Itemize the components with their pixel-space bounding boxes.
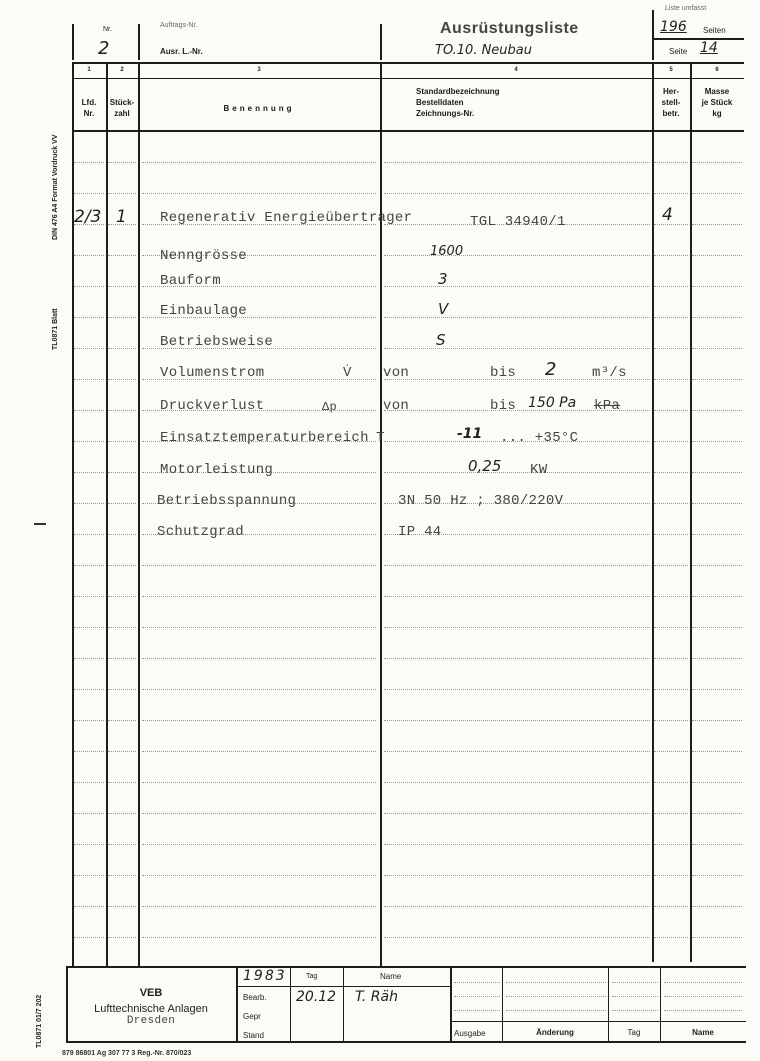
- col5-header-line: stell-: [652, 97, 690, 108]
- rule: [380, 62, 382, 968]
- dotted-line: [454, 996, 500, 997]
- dotted-line: [142, 193, 376, 194]
- spec-label-betriebsspannung: Betriebsspannung: [157, 493, 296, 509]
- dotted-line: [654, 379, 688, 380]
- dotted-line: [142, 875, 376, 876]
- spec-value-betriebsspannung: 3N 50 Hz ; 380/220V: [398, 493, 563, 509]
- col6-header-line: kg: [690, 108, 744, 119]
- spec-value-volumenstrom: 2: [545, 359, 556, 380]
- dotted-line: [692, 534, 742, 535]
- spec-label-motorleistung: Motorleistung: [160, 462, 273, 478]
- dotted-line: [612, 1010, 658, 1011]
- dotted-line: [654, 534, 688, 535]
- spec-value-bauform: 3: [438, 270, 448, 288]
- dotted-line: [692, 937, 742, 938]
- col1-header-line: Lfd.: [72, 97, 106, 108]
- dotted-line: [692, 193, 742, 194]
- fold-mark: [34, 523, 46, 525]
- dotted-line: [692, 751, 742, 752]
- dotted-line: [384, 844, 650, 845]
- dotted-line: [74, 503, 104, 504]
- col3-header: Benennung: [138, 103, 380, 114]
- dotted-line: [108, 844, 136, 845]
- dotted-line: [664, 996, 742, 997]
- project-name: TO.10. Neubau: [435, 43, 532, 58]
- dotted-line: [142, 596, 376, 597]
- dotted-line: [384, 286, 650, 287]
- dotted-line: [654, 720, 688, 721]
- dotted-line: [654, 565, 688, 566]
- dotted-line: [654, 503, 688, 504]
- spec-value-schutzgrad: IP 44: [398, 524, 442, 540]
- dotted-line: [142, 906, 376, 907]
- dotted-line: [74, 813, 104, 814]
- dotted-line: [74, 255, 104, 256]
- dotted-line: [692, 720, 742, 721]
- rule: [66, 1041, 746, 1043]
- dotted-line: [108, 751, 136, 752]
- dotted-line: [108, 565, 136, 566]
- col1-header: Lfd. Nr.: [72, 97, 106, 119]
- dotted-line: [692, 596, 742, 597]
- footer-gepr-label: Gepr: [243, 1012, 261, 1021]
- nr-value: 2: [98, 38, 109, 59]
- footer-stand-label: Stand: [243, 1031, 264, 1040]
- entry-herstellbetrieb: 4: [662, 205, 673, 225]
- company-name: Lufttechnische Anlagen: [66, 1003, 236, 1015]
- dotted-line: [692, 565, 742, 566]
- dotted-line: [74, 689, 104, 690]
- dotted-line: [142, 720, 376, 721]
- margin-code-2: DIN 476 A4 Format Vordruck VV: [52, 135, 59, 240]
- col6-header-line: je Stück: [690, 97, 744, 108]
- spec-unit-motorleistung: KW: [530, 462, 547, 478]
- dotted-line: [384, 472, 650, 473]
- rule: [652, 10, 654, 60]
- dotted-line: [108, 162, 136, 163]
- rule: [236, 966, 238, 1043]
- spec-von-volumenstrom: von: [383, 365, 409, 381]
- dotted-line: [108, 875, 136, 876]
- dotted-line: [692, 689, 742, 690]
- col4-header-line: Bestelldaten: [416, 97, 500, 108]
- col5-header-line: Her-: [652, 86, 690, 97]
- spec-value-betriebsweise: S: [436, 331, 446, 349]
- rule: [652, 38, 744, 40]
- dotted-line: [74, 317, 104, 318]
- dotted-line: [654, 193, 688, 194]
- dotted-line: [692, 317, 742, 318]
- dotted-line: [384, 193, 650, 194]
- auftrags-label: Auftrags-Nr.: [160, 22, 197, 29]
- col5-header-line: betr.: [652, 108, 690, 119]
- footer-tag2-label: Tag: [608, 1028, 660, 1037]
- spec-symbol-volumenstrom: V̇: [343, 365, 352, 381]
- spec-bis-volumenstrom: bis: [490, 365, 516, 381]
- col4-header-line: Zeichnungs-Nr.: [416, 108, 500, 119]
- dotted-line: [692, 348, 742, 349]
- dotted-line: [692, 906, 742, 907]
- dotted-line: [664, 1010, 742, 1011]
- dotted-line: [74, 441, 104, 442]
- dotted-line: [108, 658, 136, 659]
- dotted-line: [654, 596, 688, 597]
- document-title: Ausrüstungsliste: [440, 20, 579, 38]
- spec-value-temperatur: -11: [457, 426, 482, 442]
- dotted-line: [74, 534, 104, 535]
- col4-header: Standardbezeichnung Bestelldaten Zeichnu…: [416, 86, 500, 119]
- spec-label-bauform: Bauform: [160, 273, 221, 289]
- dotted-line: [108, 534, 136, 535]
- dotted-line: [692, 782, 742, 783]
- dotted-line: [654, 441, 688, 442]
- rule: [106, 62, 108, 968]
- dotted-line: [654, 844, 688, 845]
- dotted-line: [654, 627, 688, 628]
- total-label: Liste umfasst: [665, 5, 706, 12]
- dotted-line: [108, 317, 136, 318]
- spec-label-druckverlust: Druckverlust: [160, 398, 264, 414]
- dotted-line: [384, 782, 650, 783]
- dotted-line: [654, 286, 688, 287]
- rule: [72, 78, 744, 79]
- dotted-line: [654, 410, 688, 411]
- dotted-line: [692, 379, 742, 380]
- dotted-line: [506, 982, 606, 983]
- footer-name-label: Name: [380, 972, 401, 981]
- dotted-line: [108, 937, 136, 938]
- dotted-line: [108, 441, 136, 442]
- spec-von-druckverlust: von: [383, 398, 409, 414]
- spec-value-nenngroesse: 1600: [430, 244, 463, 259]
- col-num-1: 1: [72, 67, 106, 73]
- dotted-line: [142, 782, 376, 783]
- dotted-line: [74, 627, 104, 628]
- dotted-line: [74, 472, 104, 473]
- rule: [138, 62, 140, 968]
- rule: [66, 966, 746, 968]
- col-num-3: 3: [138, 67, 380, 73]
- col-num-4: 4: [380, 67, 652, 73]
- spec-label-betriebsweise: Betriebsweise: [160, 334, 273, 350]
- dotted-line: [108, 472, 136, 473]
- dotted-line: [692, 224, 742, 225]
- dotted-line: [654, 162, 688, 163]
- company-veb: VEB: [66, 987, 236, 999]
- dotted-line: [384, 813, 650, 814]
- total-pages-unit: Seiten: [703, 26, 726, 35]
- dotted-line: [384, 689, 650, 690]
- dotted-line: [384, 596, 650, 597]
- dotted-line: [74, 193, 104, 194]
- col2-header-line: zahl: [106, 108, 138, 119]
- entry-standard: TGL 34940/1: [470, 214, 566, 230]
- dotted-line: [692, 658, 742, 659]
- dotted-line: [692, 410, 742, 411]
- dotted-line: [142, 844, 376, 845]
- dotted-line: [74, 782, 104, 783]
- dotted-line: [692, 813, 742, 814]
- dotted-line: [108, 286, 136, 287]
- dotted-line: [692, 627, 742, 628]
- auftrags-sub-label: Ausr. L.-Nr.: [160, 47, 203, 56]
- rule: [343, 966, 344, 1043]
- dotted-line: [108, 782, 136, 783]
- page-number: 14: [700, 40, 718, 56]
- dotted-line: [384, 658, 650, 659]
- dotted-line: [654, 689, 688, 690]
- dotted-line: [74, 875, 104, 876]
- dotted-line: [654, 255, 688, 256]
- col5-header: Her- stell- betr.: [652, 86, 690, 119]
- dotted-line: [692, 162, 742, 163]
- footer-aenderung-label: Änderung: [502, 1028, 608, 1037]
- dotted-line: [142, 813, 376, 814]
- col-num-5: 5: [652, 67, 690, 73]
- dotted-line: [654, 348, 688, 349]
- dotted-line: [654, 875, 688, 876]
- spec-label-nenngroesse: Nenngrösse: [160, 248, 247, 264]
- rule: [450, 1021, 746, 1022]
- footer-year: 1983: [243, 968, 287, 984]
- spec-symbol-druckverlust: Δp: [322, 400, 337, 414]
- dotted-line: [654, 472, 688, 473]
- dotted-line: [74, 658, 104, 659]
- dotted-line: [74, 410, 104, 411]
- footer-ausgabe-label: Ausgabe: [454, 1029, 486, 1038]
- dotted-line: [654, 937, 688, 938]
- rule: [72, 24, 74, 60]
- col6-header-line: Masse: [690, 86, 744, 97]
- entry-lfd-nr: 2/3: [74, 207, 101, 227]
- footer-bearb-name: T. Räh: [355, 989, 398, 1005]
- margin-code-bottom: TL0871 01/7 202: [36, 995, 43, 1048]
- rule: [380, 24, 382, 60]
- page-label: Seite: [669, 47, 687, 56]
- dotted-line: [108, 193, 136, 194]
- dotted-line: [108, 813, 136, 814]
- col-num-6: 6: [690, 67, 744, 73]
- dotted-line: [108, 379, 136, 380]
- dotted-line: [654, 658, 688, 659]
- dotted-line: [384, 751, 650, 752]
- col2-header: Stück- zahl: [106, 97, 138, 119]
- rule: [236, 986, 450, 987]
- dotted-line: [74, 844, 104, 845]
- dotted-line: [654, 751, 688, 752]
- rule: [450, 966, 452, 1043]
- dotted-line: [74, 286, 104, 287]
- spec-range-temperatur: ... +35°C: [500, 430, 578, 446]
- spec-bis-druckverlust: bis: [490, 398, 516, 414]
- dotted-line: [692, 441, 742, 442]
- dotted-line: [654, 782, 688, 783]
- dotted-line: [506, 1010, 606, 1011]
- dotted-line: [74, 348, 104, 349]
- dotted-line: [384, 317, 650, 318]
- dotted-line: [108, 689, 136, 690]
- dotted-line: [692, 472, 742, 473]
- dotted-line: [612, 982, 658, 983]
- margin-code-1: TL0871 Blatt: [52, 308, 59, 350]
- dotted-line: [74, 720, 104, 721]
- dotted-line: [384, 627, 650, 628]
- dotted-line: [142, 162, 376, 163]
- col1-header-line: Nr.: [72, 108, 106, 119]
- spec-value-einbaulage: V: [438, 300, 448, 318]
- dotted-line: [74, 162, 104, 163]
- dotted-line: [454, 982, 500, 983]
- dotted-line: [108, 410, 136, 411]
- dotted-line: [142, 627, 376, 628]
- dotted-line: [108, 503, 136, 504]
- rule: [138, 24, 140, 60]
- dotted-line: [692, 286, 742, 287]
- dotted-line: [74, 379, 104, 380]
- dotted-line: [74, 596, 104, 597]
- dotted-line: [142, 751, 376, 752]
- footer-bearb-tag: 20.12: [296, 989, 336, 1005]
- dotted-line: [654, 317, 688, 318]
- dotted-line: [74, 906, 104, 907]
- rule: [690, 62, 692, 962]
- dotted-line: [692, 503, 742, 504]
- spec-unit-volumenstrom: m³/s: [592, 365, 627, 381]
- dotted-line: [142, 689, 376, 690]
- spec-label-volumenstrom: Volumenstrom: [160, 365, 264, 381]
- dotted-line: [108, 627, 136, 628]
- spec-value-motorleistung: 0,25: [468, 457, 501, 475]
- dotted-line: [506, 996, 606, 997]
- rule: [290, 966, 291, 1043]
- spec-value-druckverlust: 150 Pa: [528, 395, 576, 411]
- spec-label-einbaulage: Einbaulage: [160, 303, 247, 319]
- dotted-line: [108, 596, 136, 597]
- dotted-line: [142, 565, 376, 566]
- dotted-line: [654, 813, 688, 814]
- print-code: 879 86801 Ag 307 77 3 Reg.-Nr. 870/023: [62, 1050, 191, 1057]
- total-pages: 196: [660, 19, 687, 35]
- dotted-line: [384, 565, 650, 566]
- rule: [652, 62, 654, 962]
- spec-label-temperatur: Einsatztemperaturbereich: [160, 430, 369, 446]
- col-num-2: 2: [106, 67, 138, 73]
- dotted-line: [74, 751, 104, 752]
- spec-label-schutzgrad: Schutzgrad: [157, 524, 244, 540]
- dotted-line: [384, 875, 650, 876]
- spec-symbol-temperatur: T: [376, 430, 385, 446]
- nr-label: Nr.: [103, 26, 112, 33]
- rule: [72, 62, 74, 968]
- dotted-line: [74, 565, 104, 566]
- entry-stueckzahl: 1: [116, 207, 127, 227]
- footer-name2-label: Name: [660, 1028, 746, 1037]
- dotted-line: [384, 937, 650, 938]
- dotted-line: [384, 906, 650, 907]
- col6-header: Masse je Stück kg: [690, 86, 744, 119]
- dotted-line: [142, 658, 376, 659]
- dotted-line: [108, 720, 136, 721]
- col4-header-line: Standardbezeichnung: [416, 86, 500, 97]
- dotted-line: [74, 937, 104, 938]
- footer-bearb-label: Bearb.: [243, 993, 267, 1002]
- spec-unit-druckverlust-struck: kPa: [594, 398, 620, 414]
- dotted-line: [692, 844, 742, 845]
- col2-header-line: Stück-: [106, 97, 138, 108]
- dotted-line: [142, 937, 376, 938]
- rule: [72, 130, 744, 132]
- footer-tag-label: Tag: [306, 973, 317, 980]
- dotted-line: [384, 255, 650, 256]
- company-city: Dresden: [66, 1015, 236, 1027]
- dotted-line: [384, 348, 650, 349]
- dotted-line: [654, 906, 688, 907]
- dotted-line: [108, 906, 136, 907]
- dotted-line: [692, 875, 742, 876]
- dotted-line: [612, 996, 658, 997]
- dotted-line: [454, 1010, 500, 1011]
- rule: [72, 62, 744, 64]
- dotted-line: [108, 255, 136, 256]
- dotted-line: [108, 348, 136, 349]
- dotted-line: [384, 720, 650, 721]
- dotted-line: [384, 162, 650, 163]
- entry-benennung: Regenerativ Energieübertrager: [160, 210, 412, 226]
- dotted-line: [692, 255, 742, 256]
- dotted-line: [664, 982, 742, 983]
